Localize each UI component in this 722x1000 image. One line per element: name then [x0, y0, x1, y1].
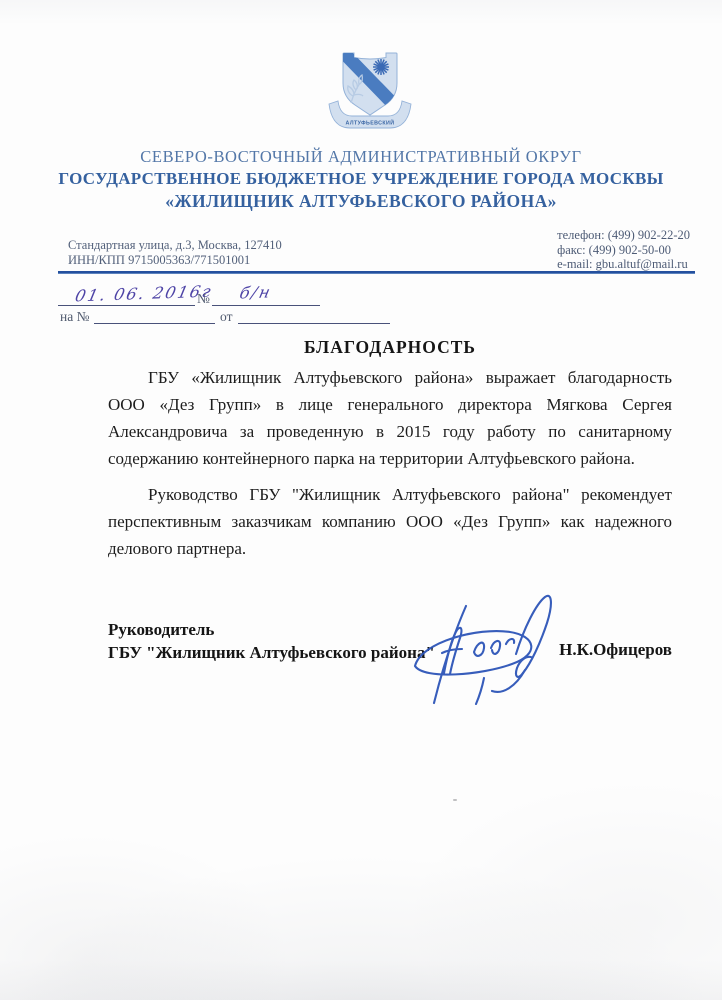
- scan-artifact-speck: [453, 799, 457, 801]
- letterhead-divider-rule: [58, 271, 695, 274]
- document-title: БЛАГОДАРНОСТЬ: [108, 337, 672, 358]
- contact-block-left: Стандартная улица, д.3, Москва, 127410 И…: [68, 238, 282, 268]
- sun-icon: [373, 59, 389, 75]
- letterhead: СЕВЕРО-ВОСТОЧНЫЙ АДМИНИСТРАТИВНЫЙ ОКРУГ …: [0, 146, 722, 213]
- email-line: e-mail: gbu.altuf@mail.ru: [557, 257, 690, 272]
- from-underline: [238, 323, 390, 324]
- letterhead-name: «ЖИЛИЩНИК АЛТУФЬЕВСКОГО РАЙОНА»: [0, 190, 722, 213]
- from-label: от: [220, 309, 232, 325]
- letter-body: ГБУ «Жилищник Алтуфьевского района» выра…: [108, 364, 672, 562]
- phone-line: телефон: (499) 902-22-20: [557, 228, 690, 243]
- signer-name: Н.К.Офицеров: [559, 640, 672, 660]
- emblem-ribbon-label: АЛТУФЬЕВСКИЙ: [346, 119, 395, 127]
- handwritten-signature: [388, 580, 568, 705]
- date-underline: [58, 305, 195, 306]
- on-number-label: на №: [60, 309, 89, 325]
- handwritten-number: б/н: [238, 282, 274, 302]
- district-emblem: АЛТУФЬЕВСКИЙ: [320, 50, 420, 136]
- on-number-underline: [94, 323, 215, 324]
- fax-line: факс: (499) 902-50-00: [557, 243, 690, 258]
- inn-kpp-line: ИНН/КПП 9715005363/771501001: [68, 253, 282, 268]
- number-sign: №: [197, 291, 210, 307]
- address-line: Стандартная улица, д.3, Москва, 127410: [68, 238, 282, 253]
- number-underline: [212, 305, 320, 306]
- letterhead-institution: ГОСУДАРСТВЕННОЕ БЮДЖЕТНОЕ УЧРЕЖДЕНИЕ ГОР…: [0, 168, 722, 190]
- body-paragraph-1: ГБУ «Жилищник Алтуфьевского района» выра…: [108, 364, 672, 472]
- body-paragraph-2: Руководство ГБУ "Жилищник Алтуфьевского …: [108, 481, 672, 562]
- letterhead-district: СЕВЕРО-ВОСТОЧНЫЙ АДМИНИСТРАТИВНЫЙ ОКРУГ: [0, 146, 722, 168]
- signer-position-line1: Руководитель: [108, 618, 435, 641]
- contact-block-right: телефон: (499) 902-22-20 факс: (499) 902…: [557, 228, 690, 272]
- scanned-letter-page: АЛТУФЬЕВСКИЙ СЕВЕРО-ВОСТОЧНЫЙ АДМ: [0, 0, 722, 1000]
- signer-position: Руководитель ГБУ "Жилищник Алтуфьевского…: [108, 618, 435, 664]
- handwritten-date: 01. 06. 2016г: [73, 282, 214, 306]
- signer-position-line2: ГБУ "Жилищник Алтуфьевского района": [108, 641, 435, 664]
